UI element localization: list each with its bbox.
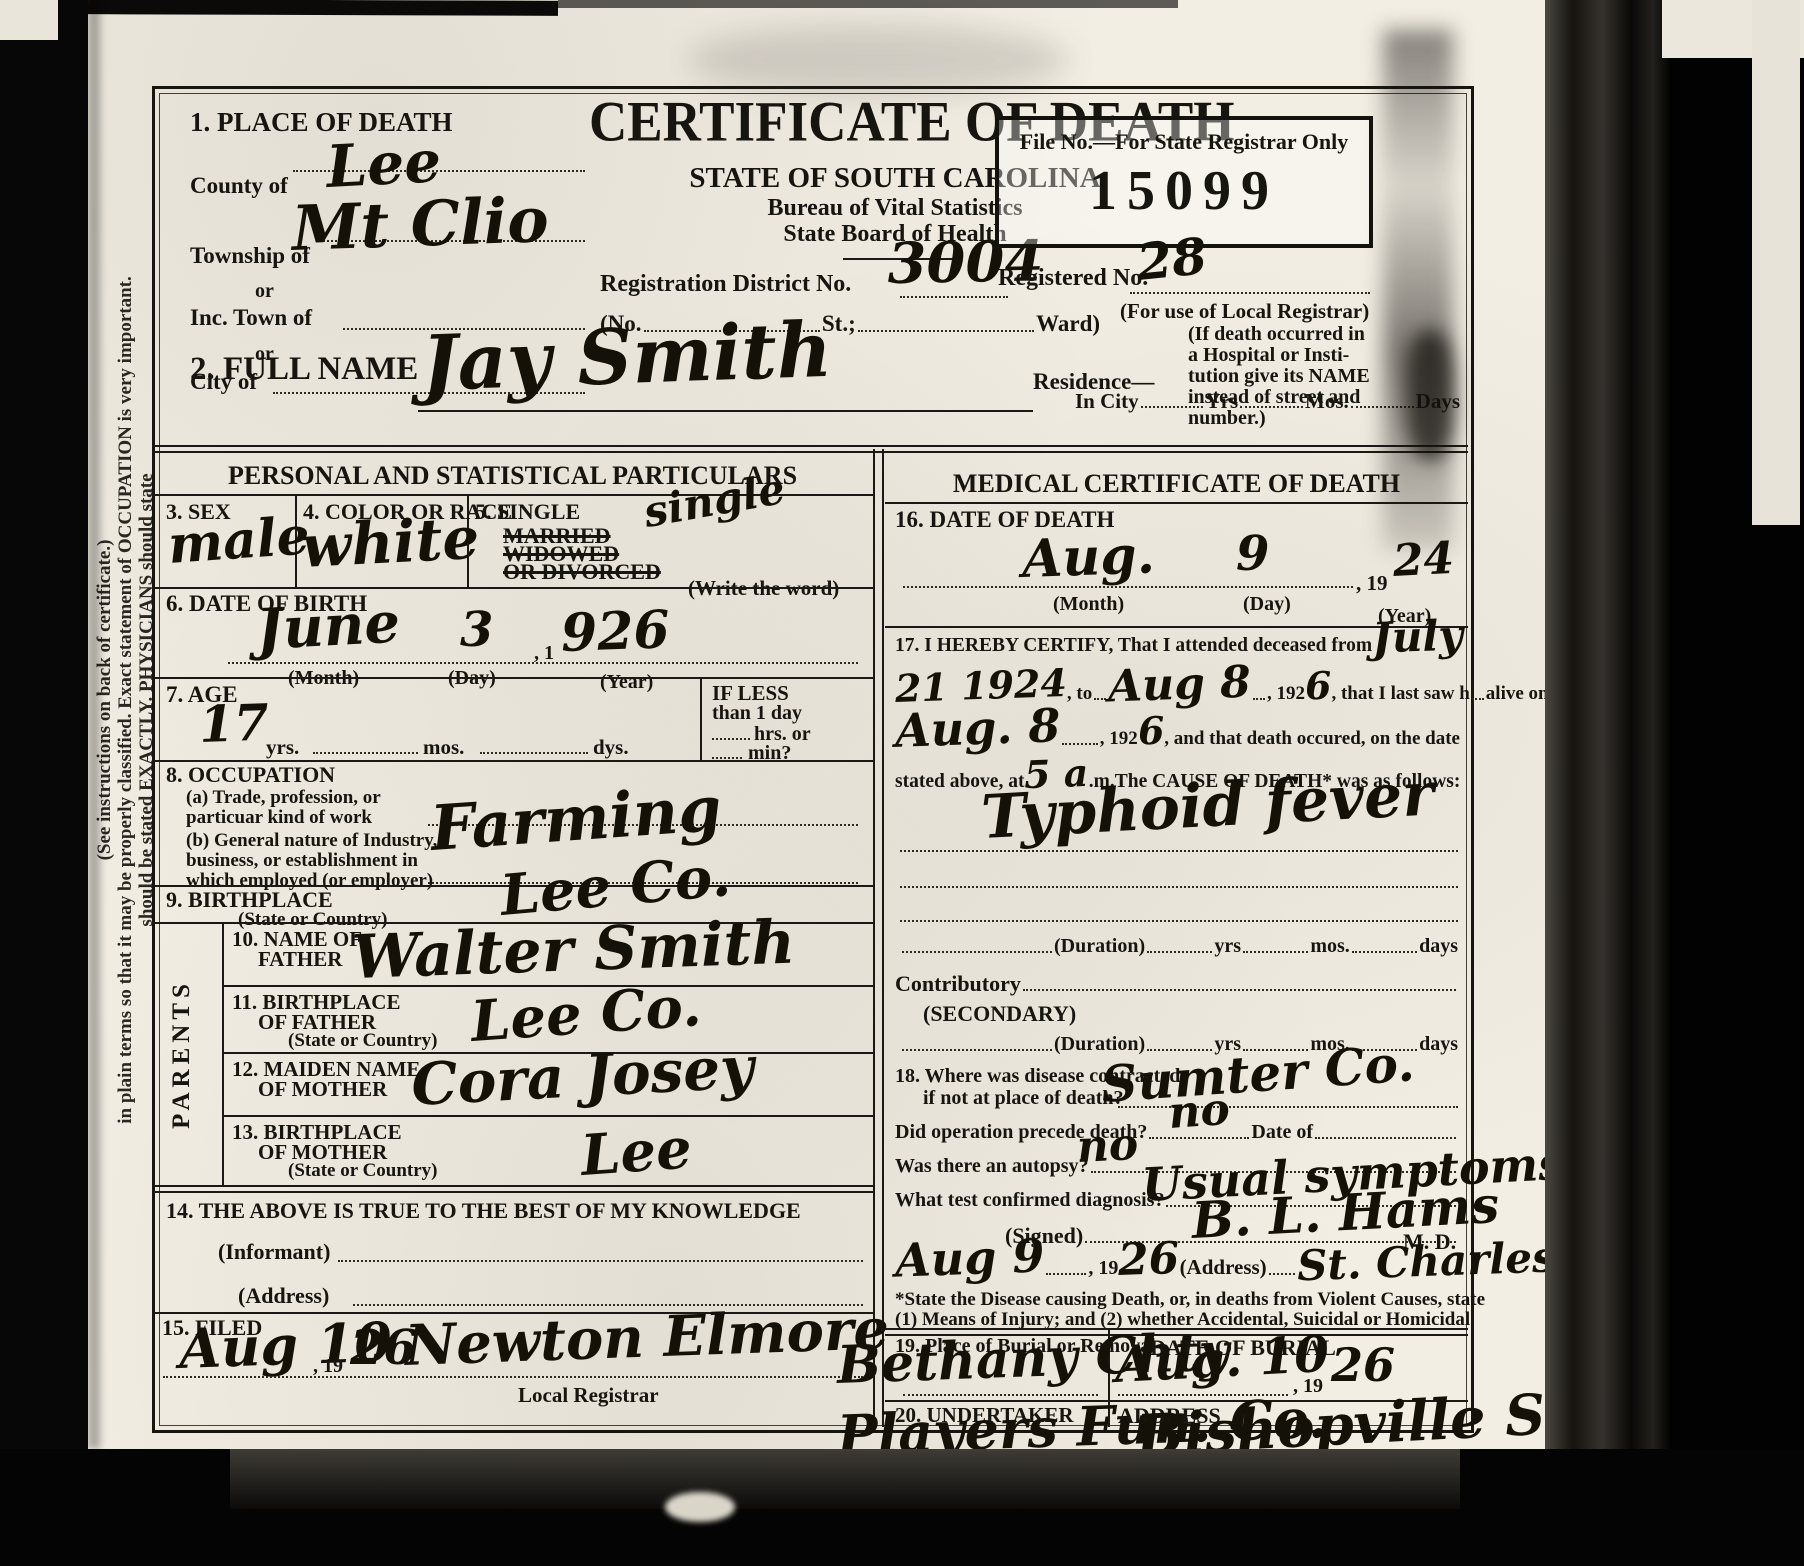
secondary-label: (SECONDARY) — [923, 1002, 1076, 1025]
or-label-1: or — [255, 281, 274, 302]
signed-date-blank — [1046, 1271, 1086, 1275]
mother-maiden-rule — [222, 1115, 873, 1117]
scan-white-corner-top-right — [1662, 0, 1804, 58]
death-year-printed-prefix: , 19 — [1356, 572, 1388, 594]
attended-from-date-handwriting: 21 1924 — [895, 683, 1067, 689]
if-less-line2: than 1 day — [712, 703, 802, 724]
duration2-blank-a — [902, 1047, 1052, 1051]
marital-title-label: 5. SINGLE — [475, 500, 580, 523]
last-saw-date-blank — [1062, 741, 1097, 745]
certify-to-blank — [1094, 696, 1106, 700]
parents-bottom-rule — [152, 1185, 873, 1193]
attended-to-year-handwriting: 6 — [1305, 686, 1331, 687]
signed-year-prefix: , 19 — [1088, 1258, 1118, 1279]
local-registrar-use-label: (For use of Local Registrar) — [1120, 300, 1369, 322]
filed-registrar-signature-handwriting: Newton Elmore — [404, 1301, 890, 1374]
duration-line-1: (Duration) yrs mos. days — [900, 936, 1458, 957]
footnote-line1: *State the Disease causing Death, or, in… — [895, 1290, 1485, 1310]
scan-white-speck-bottom — [665, 1492, 735, 1522]
margin-instructions: (See instructions on back of certificate… — [94, 65, 158, 1335]
autopsy-question-label: Was there an autopsy? — [895, 1156, 1089, 1177]
if-less-hrs-blank — [712, 738, 750, 740]
dob-row-rule — [152, 677, 873, 679]
full-name-label: 2. FULL NAME — [190, 352, 418, 387]
death-month-caption: (Month) — [1053, 594, 1124, 615]
age-value-handwriting: 17 — [198, 698, 269, 750]
if-less-line1: IF LESS — [712, 682, 789, 704]
scan-black-band-bottom — [0, 1449, 1804, 1566]
death-occured-label: , and that death occured, on the date — [1164, 729, 1460, 749]
parents-label: PARENTS — [169, 964, 199, 1144]
residence-line: In City Yrs Mos. Days — [1075, 390, 1460, 412]
dob-year-handwriting: 926 — [560, 604, 670, 660]
birthplace-label: 9. BIRTHPLACE — [166, 888, 333, 911]
medical-header-rule — [885, 502, 1468, 504]
local-registrar-label: Local Registrar — [518, 1384, 659, 1406]
marital-divorced-label: OR DIVORCED — [503, 560, 661, 583]
duration1-blank-a — [902, 949, 1052, 953]
dob-year-caption: (Year) — [600, 672, 653, 693]
death-day-caption: (Day) — [1243, 594, 1291, 615]
burial-year-handwriting: 26 — [1331, 1342, 1395, 1388]
contributory-blank — [1023, 987, 1456, 991]
last-saw-blank — [1472, 696, 1484, 700]
cause-blank-line-2 — [900, 886, 1458, 888]
age-mos-blank — [480, 752, 588, 754]
race-value-handwriting: white — [300, 509, 481, 576]
mos-label: Mos. — [1305, 390, 1349, 412]
last-saw-year-prefix: , 192 — [1100, 729, 1138, 749]
full-name-value-handwriting: Jay Smith — [420, 312, 833, 402]
signed-year-handwriting: 26 — [1118, 1259, 1179, 1261]
occupation-a-line2: particuar kind of work — [186, 808, 372, 828]
certify-to-label: , to — [1067, 684, 1092, 704]
informant-address-label: (Address) — [238, 1284, 329, 1307]
parents-divider — [222, 922, 224, 1187]
last-saw-year-handwriting: 6 — [1138, 731, 1164, 732]
scanned-death-certificate: (See instructions on back of certificate… — [0, 0, 1804, 1566]
township-value-handwriting: Mt Clio — [291, 189, 550, 260]
file-box-label: File No.—For State Registrar Only — [999, 130, 1369, 153]
dob-month-handwriting: June — [255, 595, 401, 658]
duration1-blank-d — [1352, 949, 1417, 953]
scan-white-strip-right — [1752, 0, 1800, 525]
scan-black-band-right — [1672, 0, 1804, 1566]
dob-year-printed-prefix: , 1 — [534, 643, 554, 664]
if-less-box-divider — [700, 677, 702, 760]
yrs-label: Yrs — [1205, 390, 1238, 412]
scan-black-band-left — [0, 0, 88, 1566]
certify-to-blank2 — [1253, 696, 1265, 700]
age-mos-label: mos. — [423, 736, 464, 758]
death-hour-handwriting: 5 a — [1024, 773, 1088, 775]
death-month-handwriting: Aug. — [1021, 529, 1155, 586]
occupation-a-line1: (a) Trade, profession, or — [186, 788, 381, 808]
mother-maiden-label-line2: OF MOTHER — [258, 1078, 387, 1100]
death-day-handwriting: 9 — [1236, 530, 1269, 578]
hospital-note: (If death occurred in a Hospital or Inst… — [1188, 324, 1450, 429]
disease-contracted-label-line2: if not at place of death? — [923, 1088, 1124, 1109]
registration-district-label: Registration District No. — [600, 272, 851, 297]
signed-address-blank — [1269, 1271, 1295, 1275]
sex-value-handwriting: male — [166, 510, 311, 572]
father-name-value-handwriting: Walter Smith — [351, 913, 796, 988]
age-dys-label: dys. — [593, 736, 629, 758]
cause-blank-line-1 — [900, 850, 1458, 852]
age-yrs-label: yrs. — [266, 736, 299, 758]
filed-blank-line — [163, 1376, 863, 1378]
occupation-b-line2: business, or establishment in — [186, 851, 418, 871]
full-name-rule — [418, 410, 1033, 412]
mother-birthplace-value-handwriting: Lee — [579, 1120, 693, 1184]
margin-line-see-instructions: (See instructions on back of certificate… — [94, 65, 115, 1335]
father-birthplace-caption: (State or Country) — [288, 1031, 438, 1051]
truth-statement-label: 14. THE ABOVE IS TRUE TO THE BEST OF MY … — [166, 1199, 801, 1222]
age-yrs-blank — [313, 752, 418, 754]
duration1-blank-b — [1147, 949, 1212, 953]
informant-blank — [338, 1260, 863, 1262]
file-number-stamp: 15099 — [999, 162, 1369, 221]
registered-no-value-handwriting: 28 — [1135, 231, 1209, 288]
hospital-note-line1: (If death occurred in — [1188, 324, 1450, 345]
autopsy-answer-handwriting: no — [1076, 1123, 1140, 1170]
in-city-label: In City — [1075, 390, 1139, 412]
duration1-yrs-label: yrs — [1214, 936, 1241, 957]
signed-date-handwriting: Aug 9 — [895, 1255, 1044, 1260]
father-name-label-line2: FATHER — [258, 948, 342, 970]
operation-date-of-label: Date of — [1251, 1122, 1313, 1143]
certify-start-label: 17. I HEREBY CERTIFY, That I attended de… — [895, 636, 1372, 656]
header-bottom-double-rule — [152, 445, 1468, 453]
certify-line-1: 17. I HEREBY CERTIFY, That I attended de… — [895, 636, 1460, 656]
filed-year-printed-prefix: , 19 — [313, 1356, 343, 1377]
hospital-note-line2: a Hospital or Insti- — [1188, 345, 1450, 366]
sex-row-rule — [152, 587, 873, 589]
street-ward-label: Ward) — [1036, 312, 1100, 336]
attended-from-handwriting: July — [1372, 635, 1463, 638]
test-question-label: What test confirmed diagnosis? — [895, 1190, 1164, 1211]
mos-blank — [1351, 404, 1414, 408]
scan-binding-band — [1545, 0, 1672, 1566]
mother-maiden-value-handwriting: Cora Josey — [410, 1038, 755, 1114]
inc-town-label: Inc. Town of — [190, 306, 312, 330]
signed-date-line: Aug 9 , 19 26 (Address) St. Charles S.C. — [895, 1256, 1458, 1279]
dob-day-handwriting: 3 — [460, 606, 493, 654]
mother-birthplace-caption: (State or Country) — [288, 1161, 438, 1181]
attended-to-date-handwriting: Aug 8 — [1108, 683, 1251, 688]
column-divider — [873, 449, 884, 1427]
county-label: County of — [190, 174, 288, 198]
signed-address-label: (Address) — [1180, 1256, 1267, 1278]
operation-answer-handwriting: no — [1167, 1088, 1231, 1136]
scan-edge-top-left — [88, 0, 558, 16]
hospital-note-line3: tution give its NAME — [1188, 366, 1450, 387]
certify-line-3: Aug. 8 , 192 6 , and that death occured,… — [895, 728, 1460, 749]
last-saw-date-handwriting: Aug. 8 — [895, 725, 1060, 731]
contributory-line: Contributory — [895, 972, 1458, 995]
certify-to-year-prefix: , 192 — [1267, 684, 1305, 704]
duration1-blank-c — [1243, 949, 1308, 953]
registered-no-label: Registered No. — [998, 266, 1148, 291]
scan-white-corner-top-left — [0, 0, 58, 40]
informant-label: (Informant) — [218, 1240, 330, 1263]
street-st-blank — [858, 328, 1034, 332]
duration1-days-label: days — [1419, 936, 1458, 957]
margin-line-plain-terms: in plain terms so that it may be properl… — [115, 65, 136, 1335]
occupation-label: 8. OCCUPATION — [166, 763, 335, 786]
if-less-min-blank — [712, 757, 742, 759]
yrs-blank — [1240, 404, 1303, 408]
contributory-label: Contributory — [895, 972, 1021, 995]
death-year-handwriting: 24 — [1392, 537, 1455, 584]
signed-address-handwriting: St. Charles S.C. — [1297, 1254, 1545, 1267]
occupation-b-line1: (b) General nature of Industry, — [186, 831, 437, 851]
scan-edge-top — [558, 0, 1178, 8]
cause-blank-line-3 — [900, 920, 1458, 922]
duration2-days-label: days — [1419, 1034, 1458, 1055]
medical-section-header: MEDICAL CERTIFICATE OF DEATH — [885, 470, 1468, 497]
last-saw-label: , that I last saw h — [1331, 684, 1469, 704]
alive-on-label: alive on — [1486, 684, 1545, 704]
scan-bottom-gradient — [230, 1449, 1460, 1509]
operation-blank-b — [1315, 1135, 1456, 1139]
scan-smudge-top — [688, 25, 1068, 95]
certificate-page: (See instructions on back of certificate… — [88, 0, 1545, 1449]
registered-no-blank — [1130, 292, 1370, 294]
duration1-mos-label: mos. — [1310, 936, 1349, 957]
in-city-blank — [1141, 404, 1204, 408]
days-label: Days — [1416, 390, 1460, 412]
duration1-label: (Duration) — [1054, 936, 1145, 957]
